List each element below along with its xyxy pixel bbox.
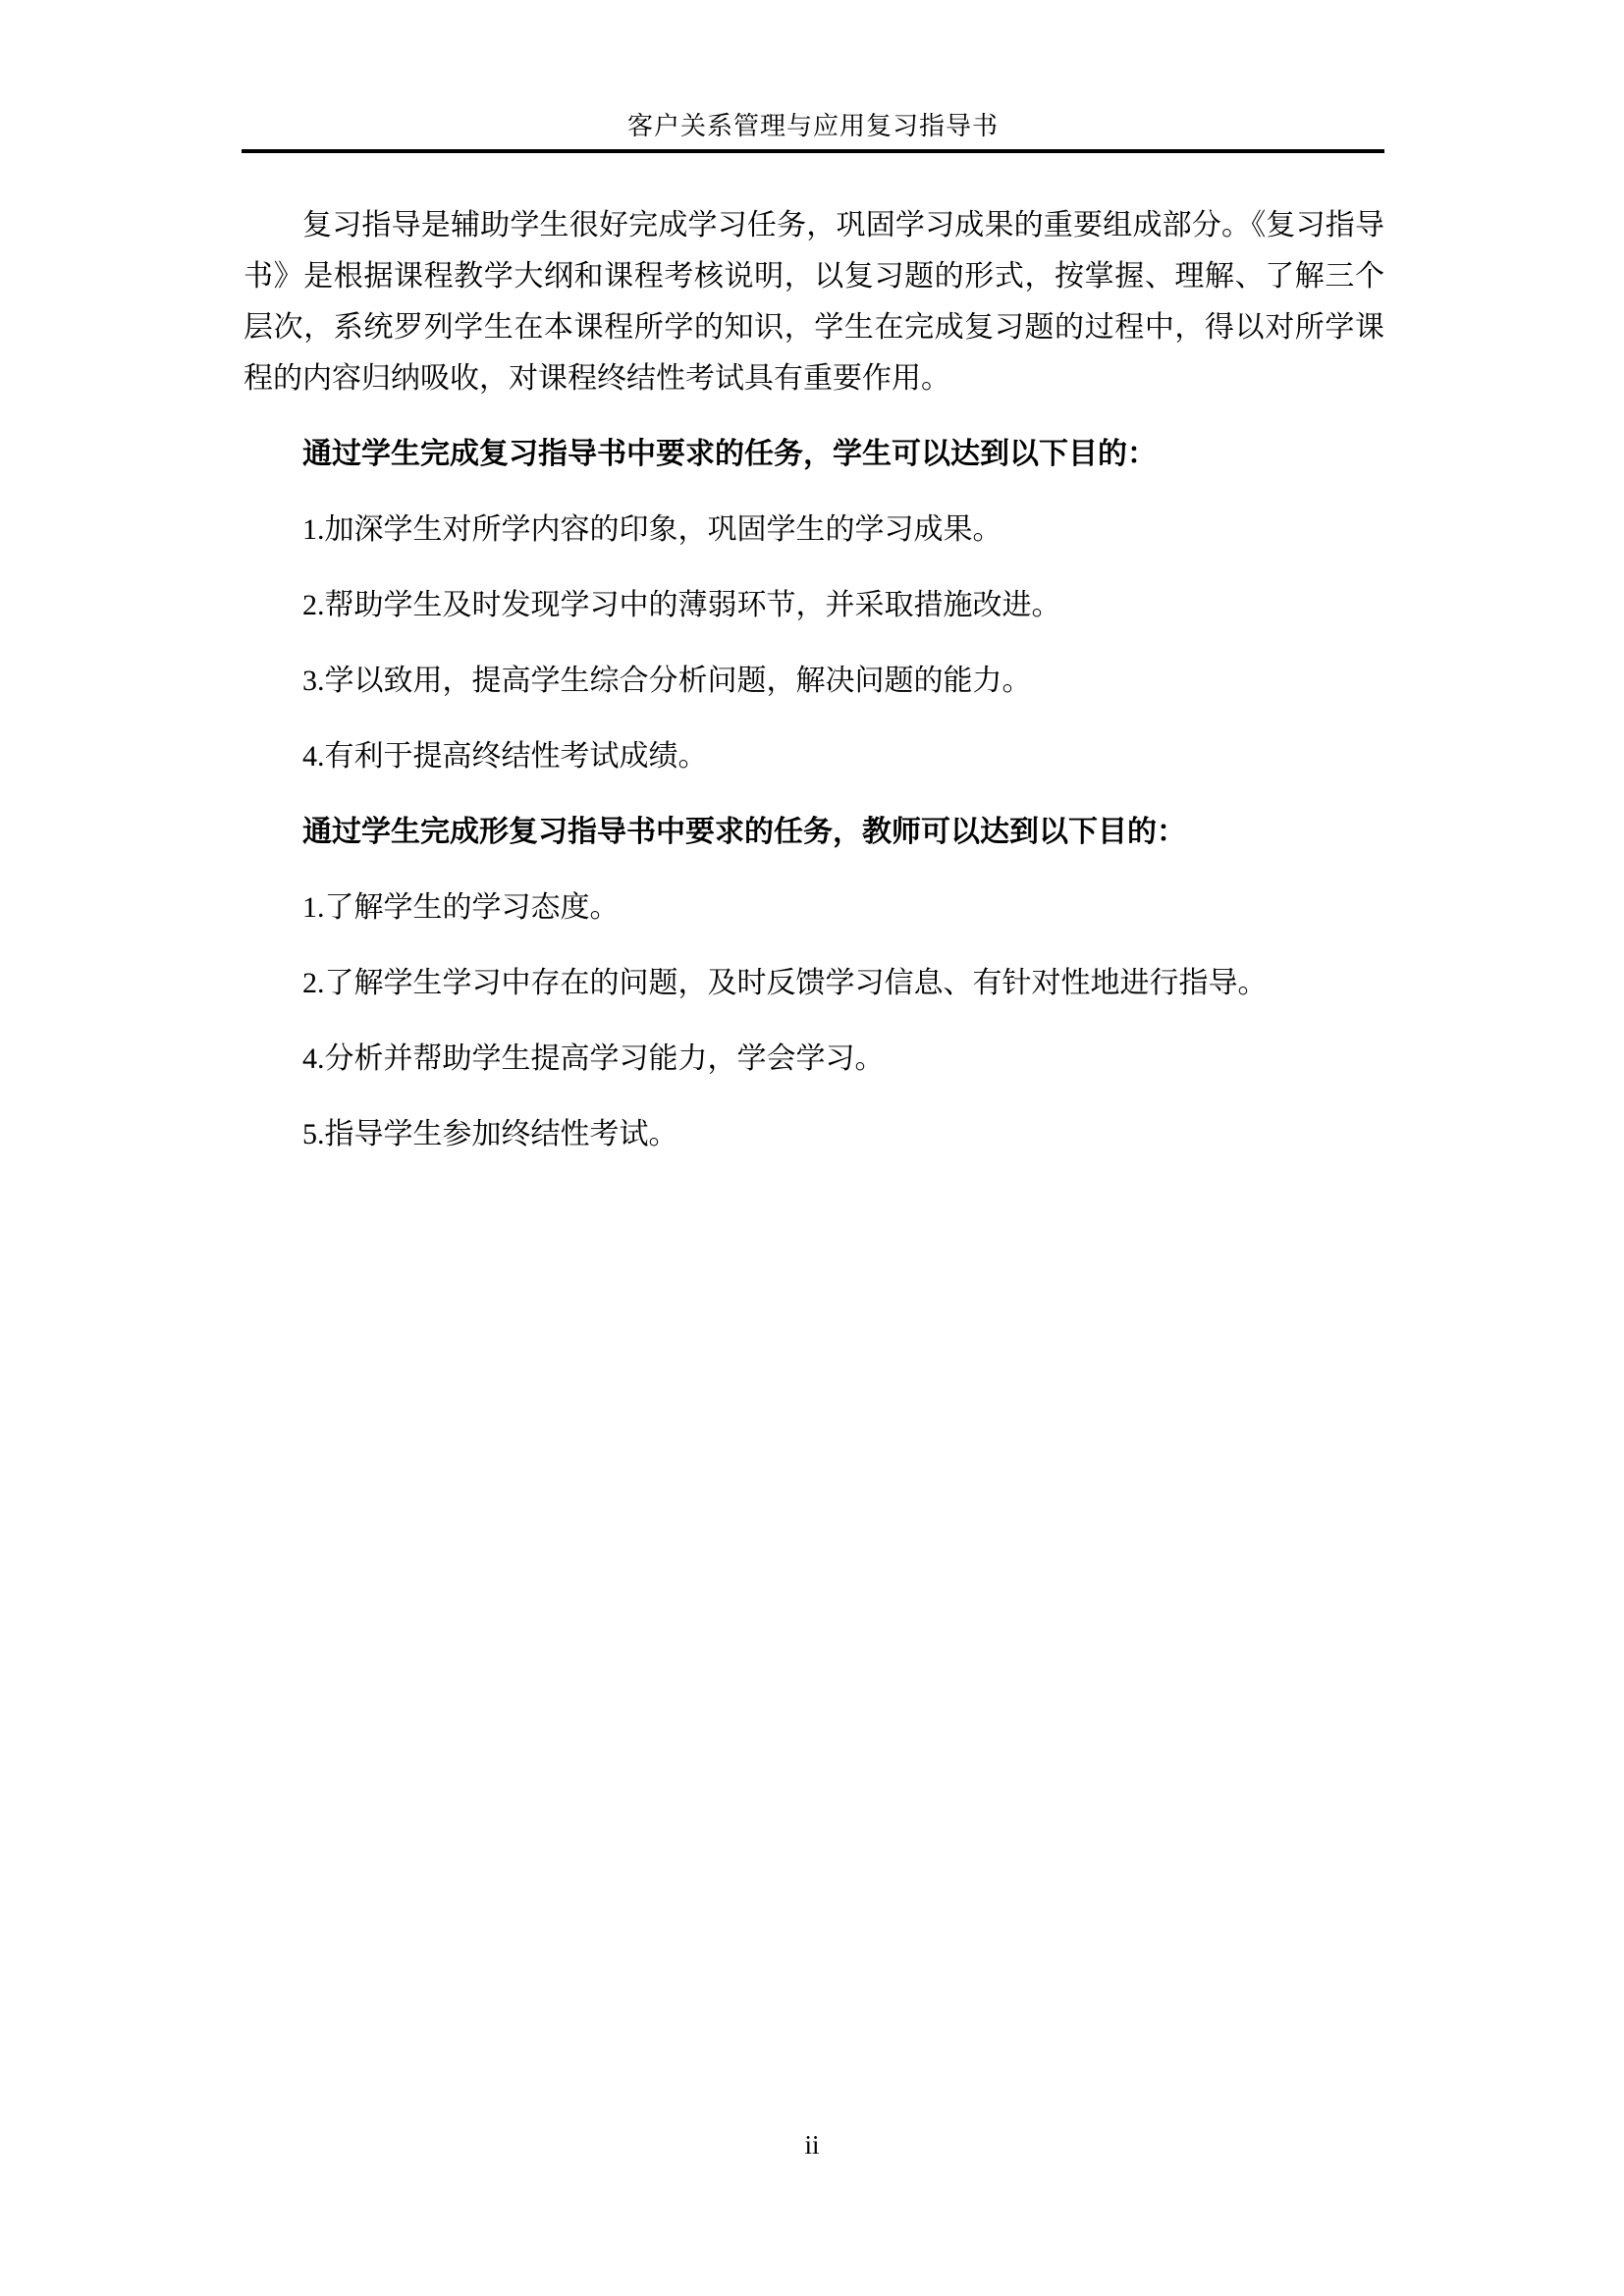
page-number: ii <box>804 2130 819 2160</box>
teacher-goal-item-2: 2.了解学生学习中存在的问题，及时反馈学习信息、有针对性地进行指导。 <box>244 958 1384 1009</box>
student-goal-item-3: 3.学以致用，提高学生综合分析问题，解决问题的能力。 <box>244 656 1384 707</box>
student-goal-item-2: 2.帮助学生及时发现学习中的薄弱环节，并采取措施改进。 <box>244 580 1384 631</box>
teacher-goal-item-1: 1.了解学生的学习态度。 <box>244 882 1384 934</box>
document-page: 客户关系管理与应用复习指导书 复习指导是辅助学生很好完成学习任务，巩固学习成果的… <box>0 0 1624 2296</box>
page-header: 客户关系管理与应用复习指导书 <box>242 112 1384 153</box>
teacher-goal-item-4: 4.分析并帮助学生提高学习能力，学会学习。 <box>244 1034 1384 1085</box>
student-goal-item-4: 4.有利于提高终结性考试成绩。 <box>244 731 1384 782</box>
teacher-goals-heading: 通过学生完成形复习指导书中要求的任务，教师可以达到以下目的： <box>244 807 1384 858</box>
teacher-goal-item-5: 5.指导学生参加终结性考试。 <box>244 1109 1384 1160</box>
header-title: 客户关系管理与应用复习指导书 <box>627 112 999 140</box>
page-footer: ii <box>0 2130 1624 2160</box>
student-goals-heading: 通过学生完成复习指导书中要求的任务，学生可以达到以下目的： <box>244 429 1384 480</box>
intro-paragraph: 复习指导是辅助学生很好完成学习任务，巩固学习成果的重要组成部分。《复习指导书》是… <box>244 200 1384 404</box>
document-body: 复习指导是辅助学生很好完成学习任务，巩固学习成果的重要组成部分。《复习指导书》是… <box>244 200 1384 1185</box>
student-goal-item-1: 1.加深学生对所学内容的印象，巩固学生的学习成果。 <box>244 505 1384 556</box>
